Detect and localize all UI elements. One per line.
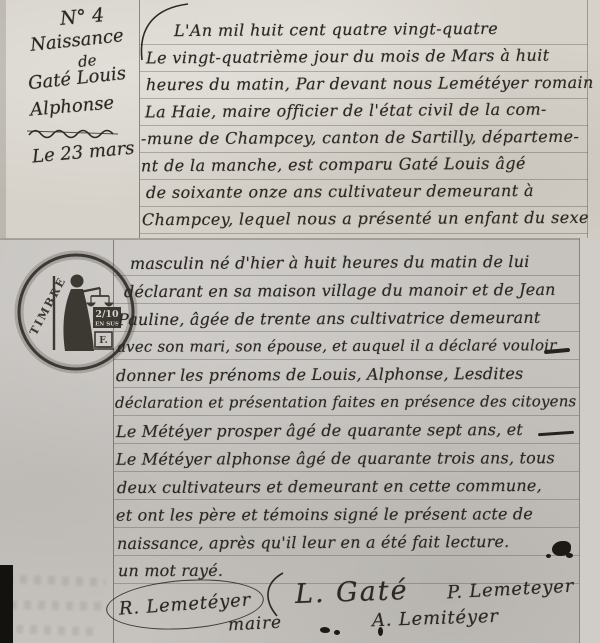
stamp-value: 2/10 xyxy=(95,309,119,320)
witness2-signature: A. Lemitéyer xyxy=(372,606,499,631)
ruled-baseline xyxy=(114,303,579,304)
right-page-edge xyxy=(579,238,600,643)
bleedthrough-marks xyxy=(10,600,104,611)
act-line: Pauline, âgée de trente ans cultivatrice… xyxy=(118,308,541,329)
act-line: L'An mil huit cent quatre vingt-quatre xyxy=(174,19,498,40)
ruled-baseline xyxy=(140,233,588,234)
stamp-ring-label: TIMBRE xyxy=(27,274,69,337)
right-rule-top xyxy=(587,0,588,238)
act-line: nt de la manche, est comparu Gaté Louis … xyxy=(141,154,526,176)
left-edge-shade xyxy=(0,0,6,238)
act-line: Le vingt-quatrième jour du mois de Mars … xyxy=(146,46,550,68)
ruled-baseline xyxy=(114,555,579,556)
ruled-baseline xyxy=(114,471,579,472)
act-line: Le Météyer prosper âgé de quarante sept … xyxy=(116,420,523,441)
ruled-baseline xyxy=(140,206,588,207)
act-line: avec son mari, son épouse, et auquel il … xyxy=(117,336,557,356)
ink-speck xyxy=(546,554,551,558)
stamp-value-sub: EN SUS xyxy=(95,322,119,328)
act-line: de soixante onze ans cultivateur demeura… xyxy=(146,181,534,202)
ruled-baseline xyxy=(114,527,579,528)
act-line: heures du matin, Par devant nous Lemétéy… xyxy=(146,73,594,94)
ruled-baseline xyxy=(114,499,579,500)
ruled-baseline xyxy=(140,125,588,126)
act-line: -mune de Champcey, canton de Sartilly, d… xyxy=(141,127,579,148)
signature-flourish xyxy=(255,570,289,620)
civil-register-scan: N° 4 Naissance de Gaté Louis Alphonse Le… xyxy=(0,0,600,643)
ruled-baseline xyxy=(114,387,579,388)
act-line: masculin né d'hier à huit heures du mati… xyxy=(130,252,530,273)
ruled-baseline xyxy=(114,415,579,416)
ruled-baseline xyxy=(114,359,579,360)
ink-speck xyxy=(320,627,330,633)
ink-speck xyxy=(334,630,340,635)
ruled-baseline xyxy=(140,71,588,72)
act-line: Le Météyer alphonse âgé de quarante troi… xyxy=(116,448,555,469)
margin-act-number: N° 4 xyxy=(59,4,105,30)
stamp-monogram: F. xyxy=(99,336,108,346)
scan-corner-black xyxy=(0,565,13,643)
ruled-baseline xyxy=(114,275,579,276)
act-line: Champcey, lequel nous a présenté un enfa… xyxy=(142,208,589,229)
ruled-baseline xyxy=(114,443,579,444)
act-line-marginal-note: un mot rayé. xyxy=(118,561,223,580)
father-signature: L. Gaté xyxy=(294,575,409,610)
ruled-baseline xyxy=(114,331,579,332)
act-line: naissance, après qu'il leur en a été fai… xyxy=(117,532,510,553)
scan-seam xyxy=(0,238,600,240)
act-line: donner les prénoms de Louis, Alphonse, L… xyxy=(116,364,523,385)
ink-speck xyxy=(378,627,383,636)
act-line: et ont les père et témoins signé le prés… xyxy=(116,504,533,524)
ink-speck xyxy=(566,553,573,558)
act-line: déclaration et présentation faites en pr… xyxy=(115,392,577,412)
act-line: La Haie, maire officier de l'état civil … xyxy=(145,100,547,122)
ruled-baseline xyxy=(140,179,588,180)
act-line: deux cultivateurs et demeurant en cette … xyxy=(117,476,542,497)
act-line: déclarant en sa maison village du manoir… xyxy=(124,280,556,301)
